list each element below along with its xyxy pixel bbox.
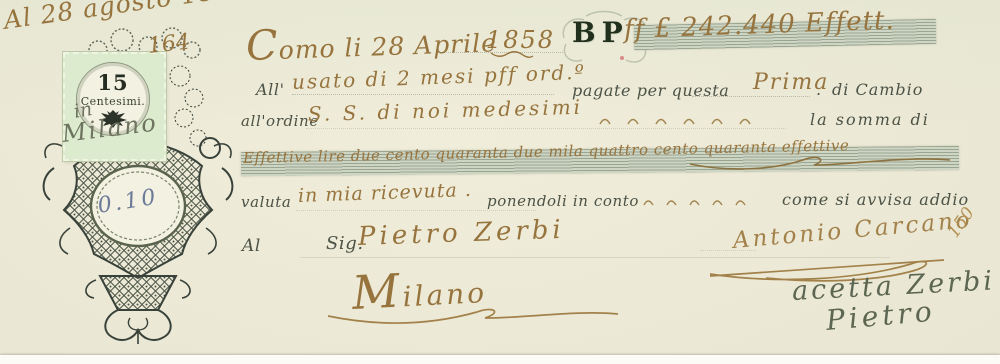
order-party-handwritten: S. S. di noi medesimi: [308, 95, 584, 126]
value-received-handwritten: in mia ricevuta .: [298, 179, 473, 207]
ruled-line: [292, 94, 554, 95]
clause-start-label: All': [256, 80, 285, 99]
monogram-bp: BP: [572, 16, 629, 49]
place-to-account-label: ponendoli in conto: [487, 192, 639, 210]
milano-underline-flourish-icon: [322, 300, 627, 326]
drawee-name-handwritten: Pietro Zerbi: [357, 215, 565, 252]
ruled-line: [296, 210, 536, 211]
red-ink-dot: [620, 56, 624, 60]
value-label: valuta: [241, 193, 291, 211]
scan-edge-strip: [0, 355, 1000, 364]
advice-label: come si avvisa addio: [782, 190, 969, 209]
filler-squiggles-icon: [642, 196, 772, 210]
year-underline-flourish-icon: [489, 48, 535, 58]
place-and-date: Como li 28 Aprile: [245, 13, 497, 70]
ruled-line: [692, 96, 810, 97]
to-label: Al: [242, 236, 261, 256]
bill-of-exchange-document: 15 Centesimi. in Milano 0.10 Al 28 agost…: [0, 0, 1000, 364]
of-exchange-label: di Cambio: [832, 80, 923, 99]
annotation-number: 164: [147, 30, 191, 59]
ruled-line: [306, 128, 786, 129]
stamp-value: 15: [77, 70, 149, 95]
the-sum-of-label: la somma di: [810, 110, 930, 129]
pay-clause-label: pagate per questa: [572, 81, 729, 100]
amount-trailing-flourish-icon: [688, 148, 953, 174]
drawer-signature: Antonio Carcano: [732, 207, 974, 254]
clause-dot: .: [816, 80, 822, 99]
